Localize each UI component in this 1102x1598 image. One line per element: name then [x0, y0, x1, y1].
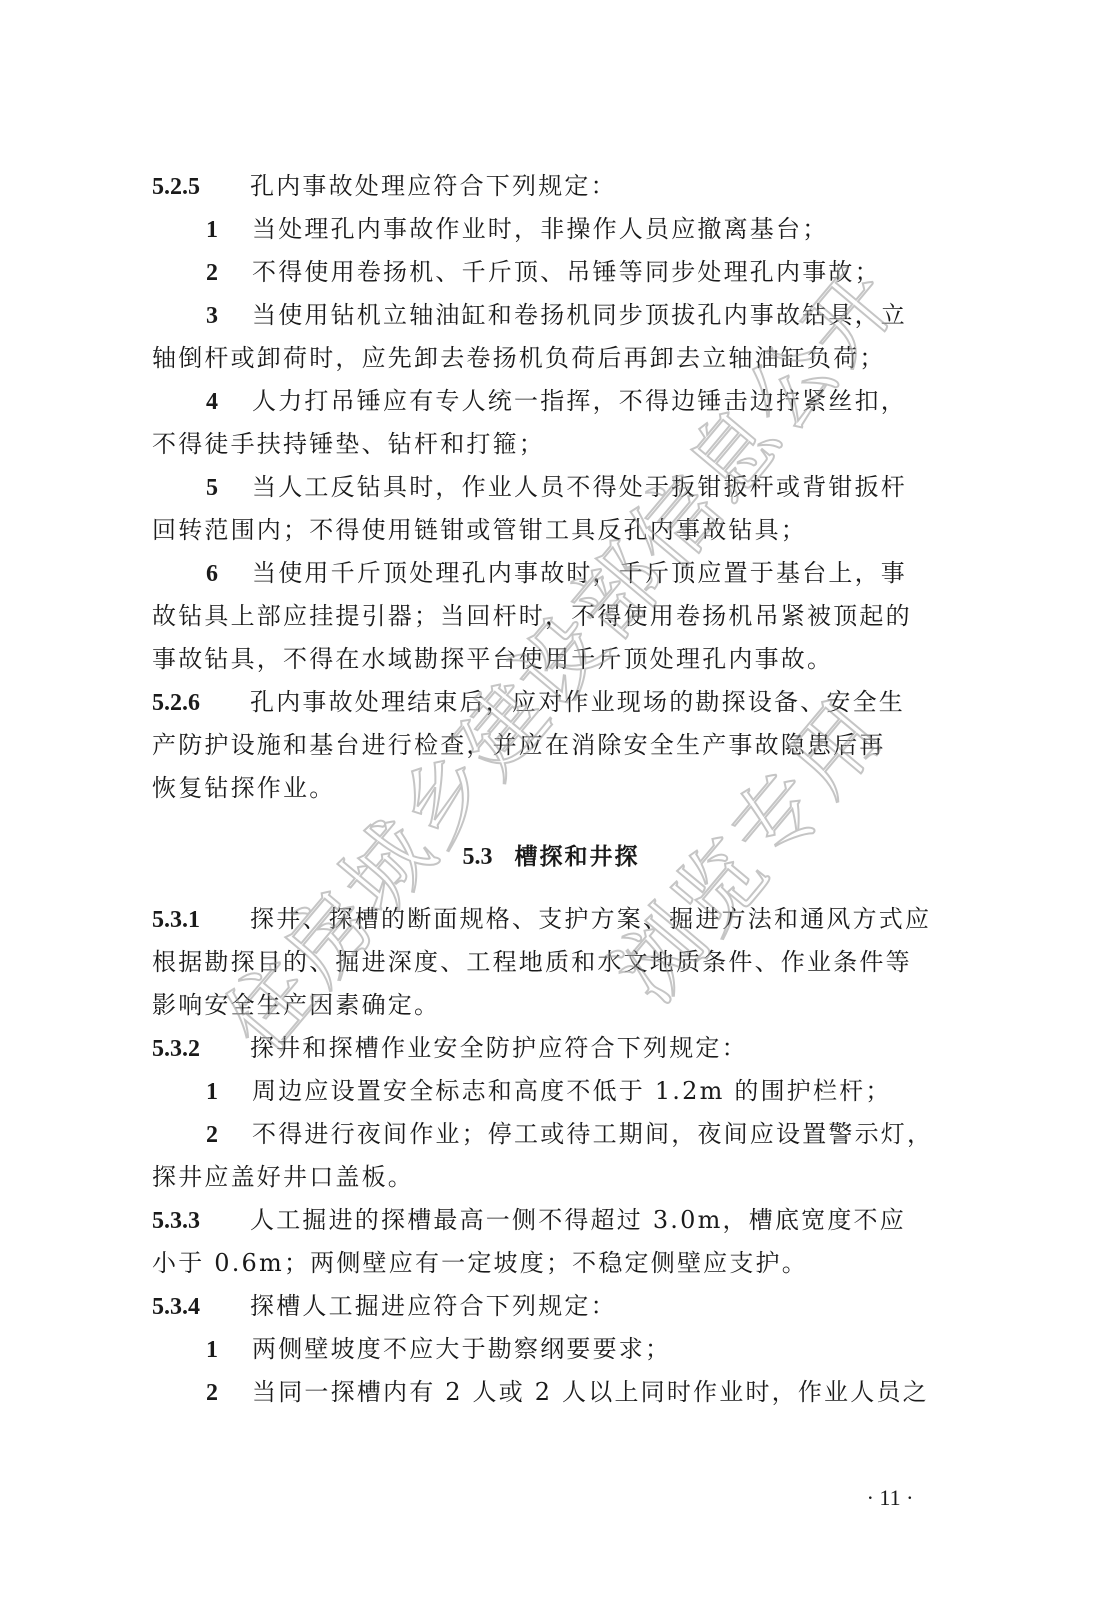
item-text-continuation: 不得徒手扶持锤垫、钻杆和打箍；	[152, 428, 952, 460]
item-number: 1	[206, 1334, 252, 1366]
clause-text: 探井、探槽的断面规格、支护方案、掘进方法和通风方式应	[250, 905, 931, 933]
clause-text-continuation: 根据勘探目的、掘进深度、工程地质和水文地质条件、作业条件等	[152, 946, 952, 978]
clause-5-3-2-heading: 5.3.2探井和探槽作业安全防护应符合下列规定：	[152, 1032, 952, 1064]
clause-text-continuation: 小于 0.6m；两侧壁应有一定坡度；不稳定侧壁应支护。	[152, 1247, 952, 1279]
list-item: 4人力打吊锤应有专人统一指挥，不得边锤击边拧紧丝扣，	[206, 385, 1006, 417]
item-text: 当处理孔内事故作业时，非操作人员应撤离基台；	[252, 215, 828, 243]
list-item: 1两侧壁坡度不应大于勘察纲要要求；	[206, 1333, 1006, 1365]
item-text-continuation: 探井应盖好井口盖板。	[152, 1161, 952, 1193]
item-text-continuation: 故钻具上部应挂提引器；当回杆时，不得使用卷扬机吊紧被顶起的	[152, 600, 952, 632]
item-text-continuation: 轴倒杆或卸荷时，应先卸去卷扬机负荷后再卸去立轴油缸负荷；	[152, 342, 952, 374]
list-item: 2不得进行夜间作业；停工或待工期间，夜间应设置警示灯，	[206, 1118, 1006, 1150]
clause-5-3-4-heading: 5.3.4探槽人工掘进应符合下列规定：	[152, 1290, 952, 1322]
clause-text: 探槽人工掘进应符合下列规定：	[250, 1292, 617, 1320]
clause-5-2-6: 5.2.6孔内事故处理结束后，应对作业现场的勘探设备、安全生	[152, 686, 952, 718]
item-number: 1	[206, 1076, 252, 1108]
clause-text-continuation: 影响安全生产因素确定。	[152, 989, 952, 1021]
section-title: 槽探和井探	[515, 844, 640, 870]
list-item: 2不得使用卷扬机、千斤顶、吊锤等同步处理孔内事故；	[206, 256, 1006, 288]
clause-number: 5.2.6	[152, 687, 250, 719]
item-text: 两侧壁坡度不应大于勘察纲要要求；	[252, 1335, 671, 1363]
clause-text: 孔内事故处理结束后，应对作业现场的勘探设备、安全生	[250, 688, 905, 716]
list-item: 3当使用钻机立轴油缸和卷扬机同步顶拔孔内事故钻具，立	[206, 299, 1006, 331]
item-text: 当使用钻机立轴油缸和卷扬机同步顶拔孔内事故钻具，立	[252, 301, 907, 329]
item-text-continuation: 事故钻具，不得在水域勘探平台使用千斤顶处理孔内事故。	[152, 643, 952, 675]
item-number: 5	[206, 472, 252, 504]
item-number: 4	[206, 386, 252, 418]
item-text: 当使用千斤顶处理孔内事故时，千斤顶应置于基台上，事	[252, 559, 907, 587]
item-number: 2	[206, 1377, 252, 1409]
item-text-continuation: 回转范围内；不得使用链钳或管钳工具反孔内事故钻具；	[152, 514, 952, 546]
clause-text: 孔内事故处理应符合下列规定：	[250, 172, 617, 200]
list-item: 2当同一探槽内有 2 人或 2 人以上同时作业时，作业人员之	[206, 1376, 1006, 1408]
item-text: 周边应设置安全标志和高度不低于 1.2m 的围护栏杆；	[252, 1077, 892, 1105]
item-text: 当人工反钻具时，作业人员不得处于扳钳扳杆或背钳扳杆	[252, 473, 907, 501]
clause-number: 5.3.2	[152, 1033, 250, 1065]
item-number: 1	[206, 214, 252, 246]
item-text: 不得使用卷扬机、千斤顶、吊锤等同步处理孔内事故；	[252, 258, 881, 286]
list-item: 1周边应设置安全标志和高度不低于 1.2m 的围护栏杆；	[206, 1075, 1006, 1107]
list-item: 1当处理孔内事故作业时，非操作人员应撤离基台；	[206, 213, 1006, 245]
item-number: 3	[206, 300, 252, 332]
clause-text-continuation: 恢复钻探作业。	[152, 772, 952, 804]
section-heading: 5.3槽探和井探	[0, 840, 1102, 872]
item-number: 6	[206, 558, 252, 590]
item-number: 2	[206, 257, 252, 289]
clause-text-continuation: 产防护设施和基台进行检查，并应在消除安全生产事故隐患后再	[152, 729, 952, 761]
clause-text: 人工掘进的探槽最高一侧不得超过 3.0m，槽底宽度不应	[250, 1206, 906, 1234]
item-text: 不得进行夜间作业；停工或待工期间，夜间应设置警示灯，	[252, 1120, 933, 1148]
list-item: 6当使用千斤顶处理孔内事故时，千斤顶应置于基台上，事	[206, 557, 1006, 589]
clause-5-3-1: 5.3.1探井、探槽的断面规格、支护方案、掘进方法和通风方式应	[152, 903, 952, 935]
clause-5-2-5-heading: 5.2.5孔内事故处理应符合下列规定：	[152, 170, 952, 202]
clause-number: 5.2.5	[152, 171, 250, 203]
clause-number: 5.3.3	[152, 1205, 250, 1237]
page-number: · 11 ·	[850, 1484, 930, 1512]
clause-number: 5.3.4	[152, 1291, 250, 1323]
item-number: 2	[206, 1119, 252, 1151]
clause-text: 探井和探槽作业安全防护应符合下列规定：	[250, 1034, 748, 1062]
clause-number: 5.3.1	[152, 904, 250, 936]
item-text: 当同一探槽内有 2 人或 2 人以上同时作业时，作业人员之	[252, 1378, 929, 1406]
clause-5-3-3: 5.3.3人工掘进的探槽最高一侧不得超过 3.0m，槽底宽度不应	[152, 1204, 952, 1236]
section-number: 5.3	[463, 841, 493, 873]
list-item: 5当人工反钻具时，作业人员不得处于扳钳扳杆或背钳扳杆	[206, 471, 1006, 503]
item-text: 人力打吊锤应有专人统一指挥，不得边锤击边拧紧丝扣，	[252, 387, 907, 415]
document-page: 5.2.5孔内事故处理应符合下列规定： 1当处理孔内事故作业时，非操作人员应撤离…	[0, 0, 1102, 1598]
